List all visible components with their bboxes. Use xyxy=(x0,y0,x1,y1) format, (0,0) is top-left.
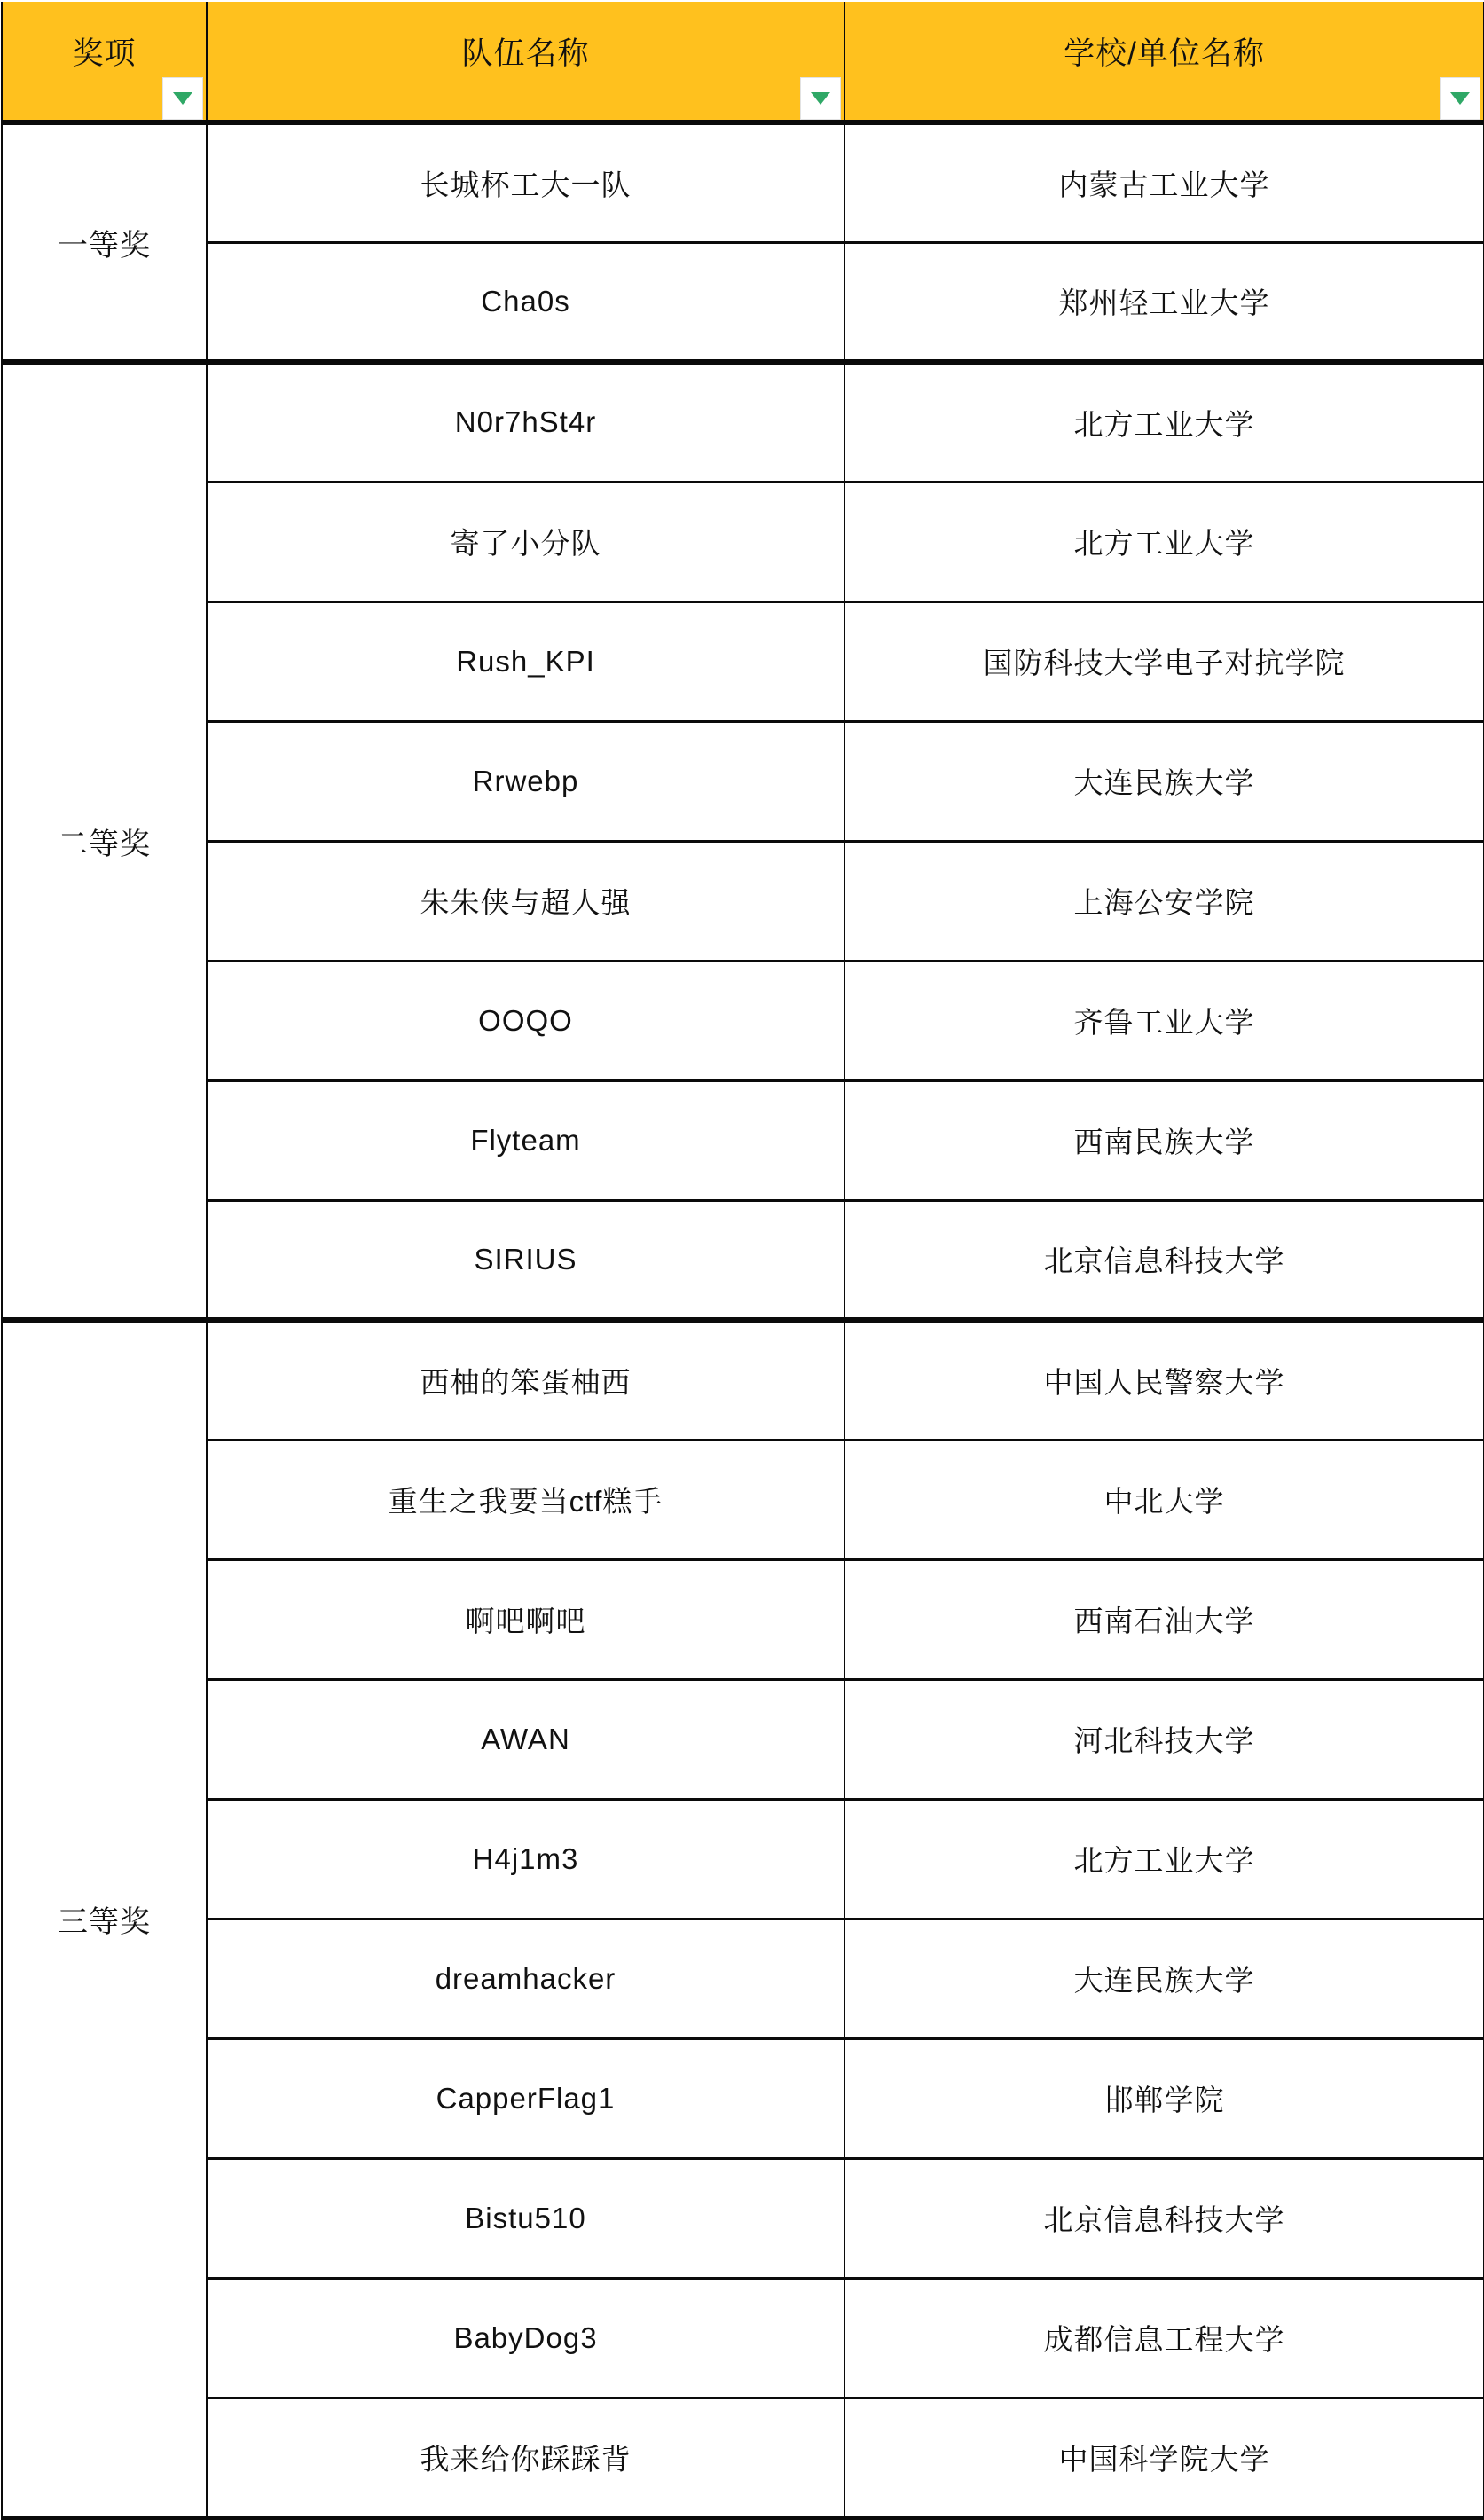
table-row: OOQO齐鲁工业大学 xyxy=(2,961,1484,1080)
table-row: Flyteam西南民族大学 xyxy=(2,1080,1484,1200)
team-name-cell: Flyteam xyxy=(207,1080,844,1200)
table-header: 奖项 队伍名称 学校/单位名称 xyxy=(2,2,1484,122)
school-filter-button[interactable] xyxy=(1440,77,1480,120)
school-name-cell: 内蒙古工业大学 xyxy=(844,122,1484,242)
team-name-cell: 西柚的笨蛋柚西 xyxy=(207,1320,844,1440)
column-header-team: 队伍名称 xyxy=(207,2,844,122)
team-name-cell: Cha0s xyxy=(207,242,844,362)
filter-dropdown-icon xyxy=(1450,92,1470,105)
awards-sheet: 奖项 队伍名称 学校/单位名称 xyxy=(0,0,1484,2516)
team-filter-button[interactable] xyxy=(800,77,841,120)
school-name-cell: 大连民族大学 xyxy=(844,721,1484,841)
school-name-cell: 北方工业大学 xyxy=(844,1799,1484,1919)
filter-dropdown-icon xyxy=(173,92,192,105)
table-row: 啊吧啊吧西南石油大学 xyxy=(2,1559,1484,1679)
table-row: 二等奖N0r7hSt4r北方工业大学 xyxy=(2,362,1484,482)
table-row: 寄了小分队北方工业大学 xyxy=(2,482,1484,601)
table-row: 一等奖长城杯工大一队内蒙古工业大学 xyxy=(2,122,1484,242)
team-name-cell: 重生之我要当ctf糕手 xyxy=(207,1440,844,1559)
table-row: Bistu510北京信息科技大学 xyxy=(2,2158,1484,2278)
school-name-cell: 中国人民警察大学 xyxy=(844,1320,1484,1440)
award-group-cell: 二等奖 xyxy=(2,362,207,1320)
award-group-cell: 一等奖 xyxy=(2,122,207,362)
table-body: 一等奖长城杯工大一队内蒙古工业大学Cha0s郑州轻工业大学二等奖N0r7hSt4… xyxy=(2,122,1484,2517)
team-name-cell: 朱朱侠与超人强 xyxy=(207,841,844,961)
school-name-cell: 国防科技大学电子对抗学院 xyxy=(844,601,1484,721)
table-row: Cha0s郑州轻工业大学 xyxy=(2,242,1484,362)
school-name-cell: 北方工业大学 xyxy=(844,362,1484,482)
team-name-cell: Bistu510 xyxy=(207,2158,844,2278)
team-name-cell: H4j1m3 xyxy=(207,1799,844,1919)
table-row: 重生之我要当ctf糕手中北大学 xyxy=(2,1440,1484,1559)
table-row: AWAN河北科技大学 xyxy=(2,1679,1484,1799)
school-name-cell: 西南民族大学 xyxy=(844,1080,1484,1200)
school-name-cell: 邯郸学院 xyxy=(844,2038,1484,2158)
team-name-cell: Rush_KPI xyxy=(207,601,844,721)
table-row: H4j1m3北方工业大学 xyxy=(2,1799,1484,1919)
table-row: Rrwebp大连民族大学 xyxy=(2,721,1484,841)
table-row: Rush_KPI国防科技大学电子对抗学院 xyxy=(2,601,1484,721)
team-name-cell: 我来给你踩踩背 xyxy=(207,2398,844,2517)
school-name-cell: 中国科学院大学 xyxy=(844,2398,1484,2517)
school-name-cell: 大连民族大学 xyxy=(844,1919,1484,2038)
column-header-award: 奖项 xyxy=(2,2,207,122)
school-name-cell: 西南石油大学 xyxy=(844,1559,1484,1679)
award-filter-button[interactable] xyxy=(162,77,203,120)
school-name-cell: 中北大学 xyxy=(844,1440,1484,1559)
awards-table: 奖项 队伍名称 学校/单位名称 xyxy=(1,2,1484,2520)
school-name-cell: 齐鲁工业大学 xyxy=(844,961,1484,1080)
school-name-cell: 北京信息科技大学 xyxy=(844,1200,1484,1320)
team-name-cell: BabyDog3 xyxy=(207,2278,844,2398)
school-name-cell: 上海公安学院 xyxy=(844,841,1484,961)
table-row: dreamhacker大连民族大学 xyxy=(2,1919,1484,2038)
team-name-cell: CapperFlag1 xyxy=(207,2038,844,2158)
table-row: CapperFlag1邯郸学院 xyxy=(2,2038,1484,2158)
table-row: 三等奖西柚的笨蛋柚西中国人民警察大学 xyxy=(2,1320,1484,1440)
team-name-cell: dreamhacker xyxy=(207,1919,844,2038)
team-name-cell: N0r7hSt4r xyxy=(207,362,844,482)
team-name-cell: 啊吧啊吧 xyxy=(207,1559,844,1679)
header-row: 奖项 队伍名称 学校/单位名称 xyxy=(2,2,1484,122)
team-name-cell: 寄了小分队 xyxy=(207,482,844,601)
column-header-team-label: 队伍名称 xyxy=(461,36,589,71)
school-name-cell: 河北科技大学 xyxy=(844,1679,1484,1799)
award-group-cell: 三等奖 xyxy=(2,1320,207,2517)
school-name-cell: 北京信息科技大学 xyxy=(844,2158,1484,2278)
team-name-cell: Rrwebp xyxy=(207,721,844,841)
table-row: SIRIUS北京信息科技大学 xyxy=(2,1200,1484,1320)
school-name-cell: 郑州轻工业大学 xyxy=(844,242,1484,362)
school-name-cell: 成都信息工程大学 xyxy=(844,2278,1484,2398)
school-name-cell: 北方工业大学 xyxy=(844,482,1484,601)
team-name-cell: SIRIUS xyxy=(207,1200,844,1320)
column-header-award-label: 奖项 xyxy=(72,36,136,71)
filter-dropdown-icon xyxy=(811,92,830,105)
team-name-cell: 长城杯工大一队 xyxy=(207,122,844,242)
table-row: 朱朱侠与超人强上海公安学院 xyxy=(2,841,1484,961)
column-header-school: 学校/单位名称 xyxy=(844,2,1484,122)
column-header-school-label: 学校/单位名称 xyxy=(1064,36,1265,71)
team-name-cell: AWAN xyxy=(207,1679,844,1799)
table-row: 我来给你踩踩背中国科学院大学 xyxy=(2,2398,1484,2517)
team-name-cell: OOQO xyxy=(207,961,844,1080)
table-row: BabyDog3成都信息工程大学 xyxy=(2,2278,1484,2398)
